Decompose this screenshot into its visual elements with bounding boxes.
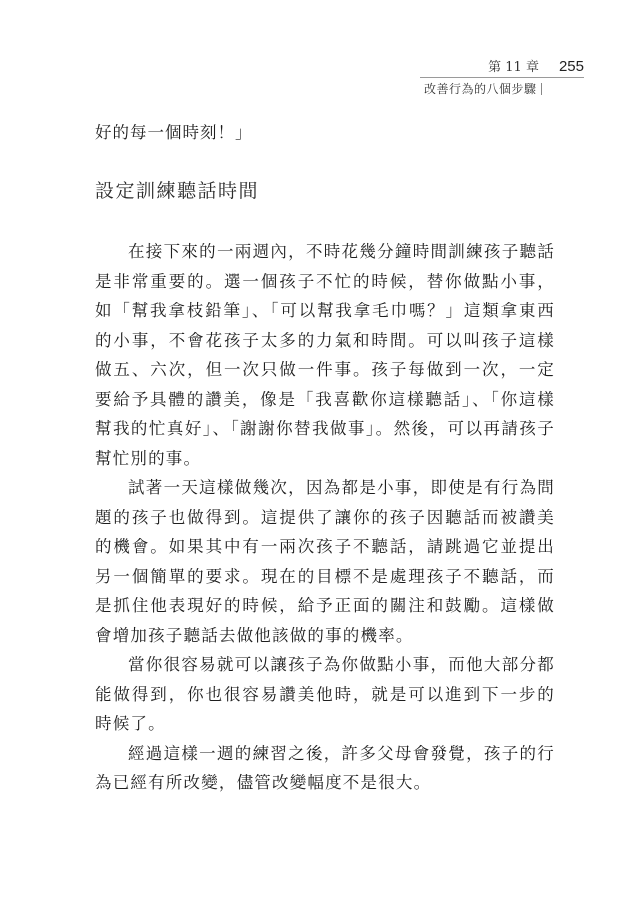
paragraph-2: 試著一天這樣做幾次，因為都是小事，即使是有行為問題的孩子也做得到。這提供了讓你的…: [95, 473, 555, 650]
paragraph-4: 經過這樣一週的練習之後，許多父母會發覺，孩子的行為已經有所改變，儘管改變幅度不是…: [95, 739, 555, 798]
paragraph-3: 當你很容易就可以讓孩子為你做點小事，而他大部分都能做得到，你也很容易讚美他時，就…: [95, 650, 555, 739]
paragraph-1: 在接下來的一兩週內，不時花幾分鐘時間訓練孩子聽話是非常重要的。選一個孩子不忙的時…: [95, 237, 555, 473]
page-body: 好的每一個時刻！」 設定訓練聽話時間 在接下來的一兩週內，不時花幾分鐘時間訓練孩…: [95, 120, 555, 798]
chapter-title: 改善行為的八個步驟: [424, 80, 537, 97]
running-head-top: 第 11 章 255: [420, 56, 584, 78]
section-heading: 設定訓練聽話時間: [95, 176, 555, 203]
running-head: 第 11 章 255 改善行為的八個步驟: [420, 56, 584, 97]
carry-over-line: 好的每一個時刻！」: [95, 120, 555, 146]
page-number: 255: [559, 58, 584, 75]
chapter-label: 第 11 章: [488, 56, 539, 75]
running-head-bottom: 改善行為的八個步驟: [420, 78, 584, 97]
header-divider-bar: [541, 83, 542, 95]
